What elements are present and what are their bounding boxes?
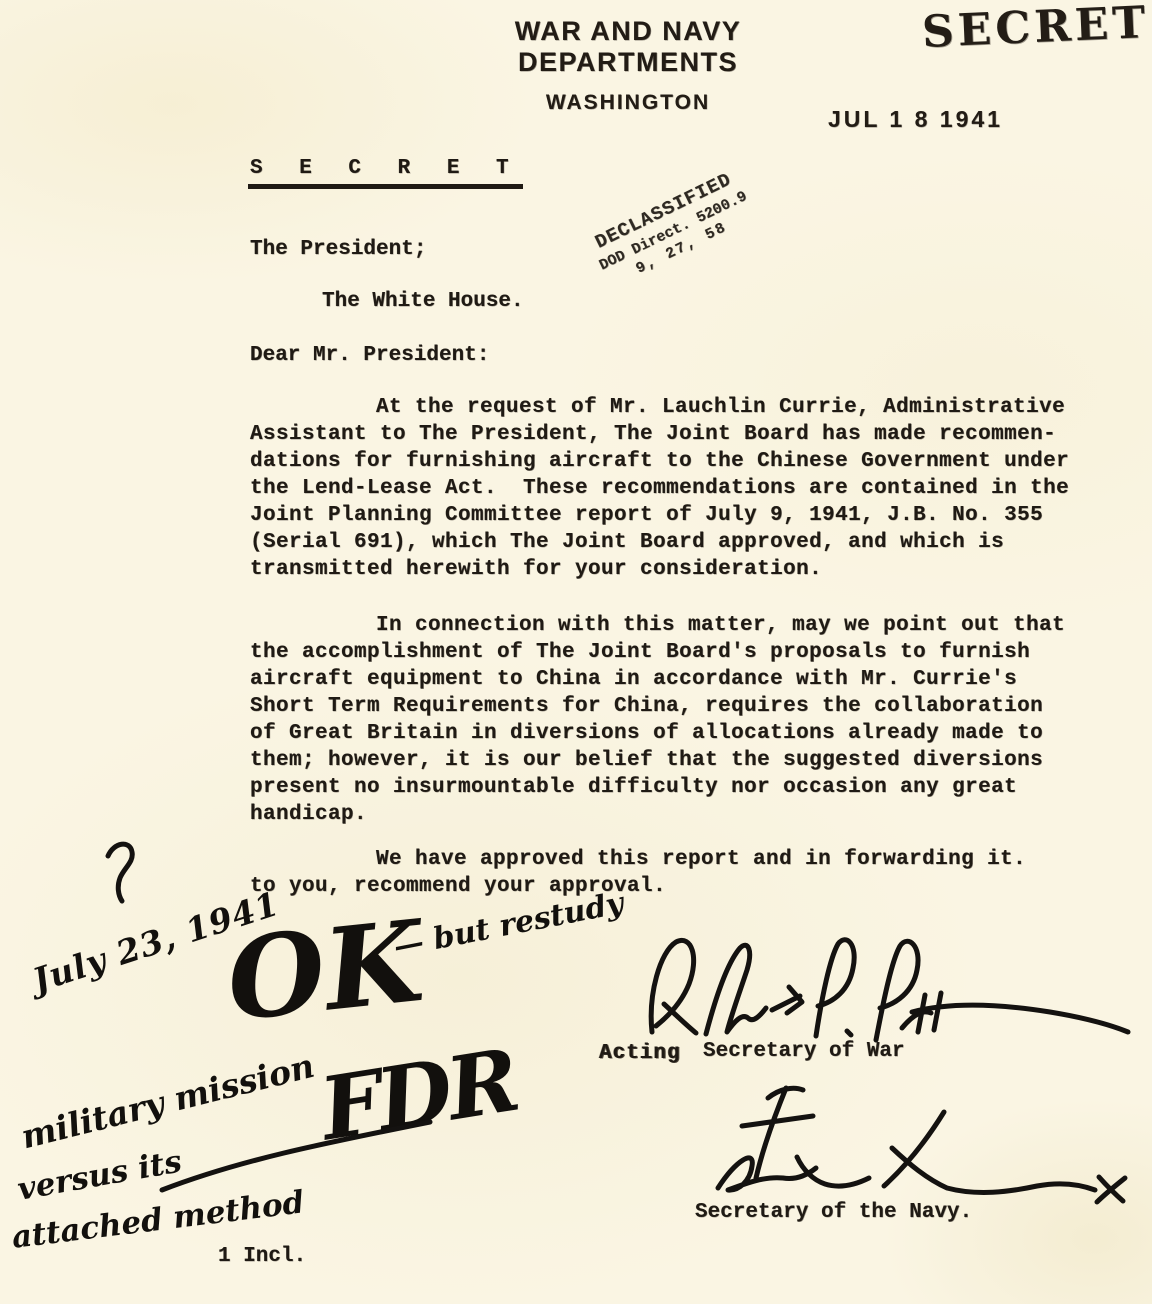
patterson-stroke-4 — [816, 940, 854, 1036]
handwritten-note-line2: versus its — [15, 1143, 185, 1207]
patterson-stroke-5 — [876, 941, 918, 1040]
secretary-of-navy-title: Secretary of the Navy. — [695, 1201, 972, 1224]
date-received-stamp: JUL 1 8 1941 — [828, 106, 1003, 133]
body-paragraph-2: In connection with this matter, may we p… — [250, 612, 1102, 828]
letterhead: WAR AND NAVY DEPARTMENTS WASHINGTON — [418, 16, 838, 115]
patterson-stroke-1 — [651, 940, 696, 1033]
acting-label: Acting — [599, 1042, 681, 1065]
secretary-of-war-title: Secretary of War — [703, 1040, 905, 1063]
question-mark-stroke — [108, 844, 132, 901]
patterson-stroke-6 — [902, 993, 1128, 1032]
fdr-initials: FDR — [315, 1038, 521, 1153]
knox-signature — [718, 1088, 1125, 1202]
handwritten-note-line1: military mission — [17, 1046, 318, 1157]
body-paragraph-3: We have approved this report and in forw… — [250, 846, 1102, 900]
margin-question-mark — [108, 844, 132, 901]
letterhead-city: WASHINGTON — [418, 91, 838, 115]
handwritten-ok-mark: OK — [222, 906, 428, 1038]
patterson-stroke-2 — [706, 945, 766, 1034]
enclosure-note: 1 Incl. — [218, 1245, 306, 1268]
secret-stamp-top-right: SECRET — [921, 0, 1150, 58]
knox-stroke-1 — [742, 1088, 813, 1178]
patterson-signature — [651, 940, 1128, 1040]
addressee-location: The White House. — [322, 290, 524, 313]
knox-stroke-2 — [718, 1157, 869, 1190]
salutation: Dear Mr. President: — [250, 344, 489, 367]
letter-page: WAR AND NAVY DEPARTMENTS WASHINGTON SECR… — [0, 0, 1152, 1304]
body-paragraph-1: At the request of Mr. Lauchlin Currie, A… — [250, 394, 1102, 583]
knox-stroke-3 — [884, 1112, 1125, 1202]
addressee-line: The President; — [250, 238, 426, 261]
letterhead-org-title: WAR AND NAVY DEPARTMENTS — [418, 16, 838, 78]
declassification-stamp: DECLASSIFIED DOD Direct. 5200.9 9, 27, 5… — [551, 148, 793, 308]
patterson-stroke-3 — [772, 987, 802, 1013]
classification-heading: S E C R E T — [248, 157, 523, 189]
